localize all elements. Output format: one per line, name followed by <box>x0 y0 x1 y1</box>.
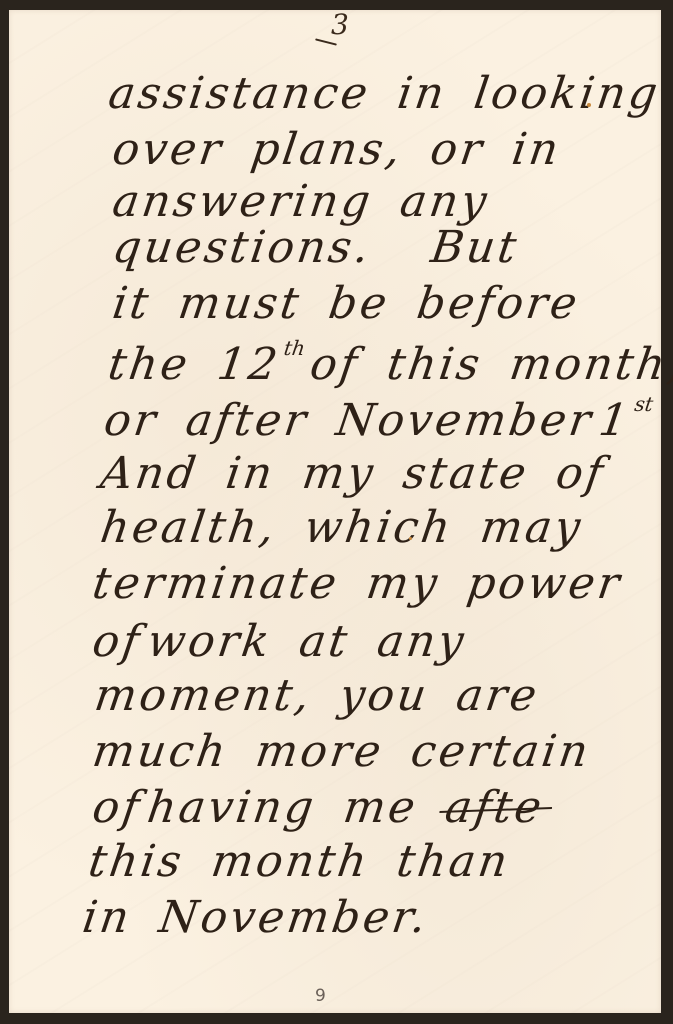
letter-page: 3 assistanceinlooking overplans,orin ans… <box>9 10 661 1013</box>
handwritten-line-2: overplans,orin <box>110 128 592 172</box>
archive-page-number: 9 <box>315 986 326 1006</box>
word: in <box>80 896 135 940</box>
word: any <box>374 620 469 664</box>
ink-spot <box>409 537 412 540</box>
word: state <box>400 452 531 496</box>
handwritten-line-12: moment,youare <box>92 674 570 718</box>
word: after <box>183 399 311 443</box>
superscript: th <box>282 336 306 360</box>
word: it <box>110 282 154 326</box>
word: answering <box>110 180 376 224</box>
word: this <box>86 840 187 884</box>
word: assistance <box>106 72 373 116</box>
handwritten-line-1: assistanceinlooking <box>106 72 673 116</box>
word: in <box>509 128 564 172</box>
word: you <box>337 674 432 718</box>
word: must <box>176 282 305 326</box>
word: are <box>454 674 542 718</box>
word: month, <box>507 343 673 387</box>
word: my <box>300 452 379 496</box>
handwritten-line-14: ofhavingmeafte <box>90 786 547 830</box>
handwritten-line-3: answeringany <box>110 180 520 224</box>
word: over <box>110 128 227 172</box>
word: of <box>553 452 608 496</box>
word: work <box>145 620 275 664</box>
word: which <box>302 506 456 550</box>
word: 1 <box>596 395 634 446</box>
handwritten-line-8: Andinmystateof <box>98 452 636 496</box>
word: And <box>98 452 201 496</box>
word: terminate <box>90 562 342 606</box>
word: more <box>253 730 386 774</box>
word: certain <box>408 730 593 774</box>
page-number-header: 3 <box>331 8 349 41</box>
word: having <box>145 786 319 830</box>
handwritten-line-10: terminatemypower <box>90 562 653 606</box>
word: at <box>297 620 353 664</box>
word: 12 <box>214 339 283 390</box>
word: plans, <box>248 128 406 172</box>
handwritten-line-5: itmustbebefore <box>110 282 611 326</box>
handwritten-line-9: health,whichmay <box>98 506 614 550</box>
word: November. <box>156 896 431 940</box>
handwritten-line-7: orafterNovember1st <box>102 394 663 443</box>
word: any <box>397 180 492 224</box>
handwritten-line-16: inNovember. <box>80 896 460 940</box>
handwritten-line-11: ofworkatany <box>90 620 497 664</box>
word: before <box>414 282 582 326</box>
handwritten-line-15: thismonththan <box>86 840 541 884</box>
word: the <box>106 343 193 387</box>
handwritten-line-13: muchmorecertain <box>90 730 622 774</box>
ink-spot <box>587 103 591 107</box>
word: may <box>478 506 586 550</box>
word: be <box>326 282 392 326</box>
word: looking <box>471 72 662 116</box>
word: month <box>209 840 373 884</box>
superscript: st <box>633 392 655 416</box>
word: or <box>428 128 488 172</box>
word: November <box>333 399 596 443</box>
word: power <box>464 562 625 606</box>
word: than <box>394 840 513 884</box>
word: this <box>384 343 485 387</box>
word: questions. <box>110 226 374 270</box>
word: of <box>90 620 145 664</box>
word: my <box>364 562 443 606</box>
handwritten-line-4: questions.But <box>110 226 550 270</box>
word: health, <box>98 506 280 550</box>
handwritten-line-6: the12thofthismonth, <box>106 338 673 387</box>
word: of <box>90 786 145 830</box>
word: in <box>223 452 278 496</box>
word: But <box>428 226 522 270</box>
word: or <box>102 399 162 443</box>
word: me <box>341 786 421 830</box>
struck-through-word: afte <box>442 786 546 830</box>
word: of <box>308 343 363 387</box>
word: much <box>90 730 231 774</box>
word: moment, <box>92 674 315 718</box>
word: in <box>395 72 450 116</box>
